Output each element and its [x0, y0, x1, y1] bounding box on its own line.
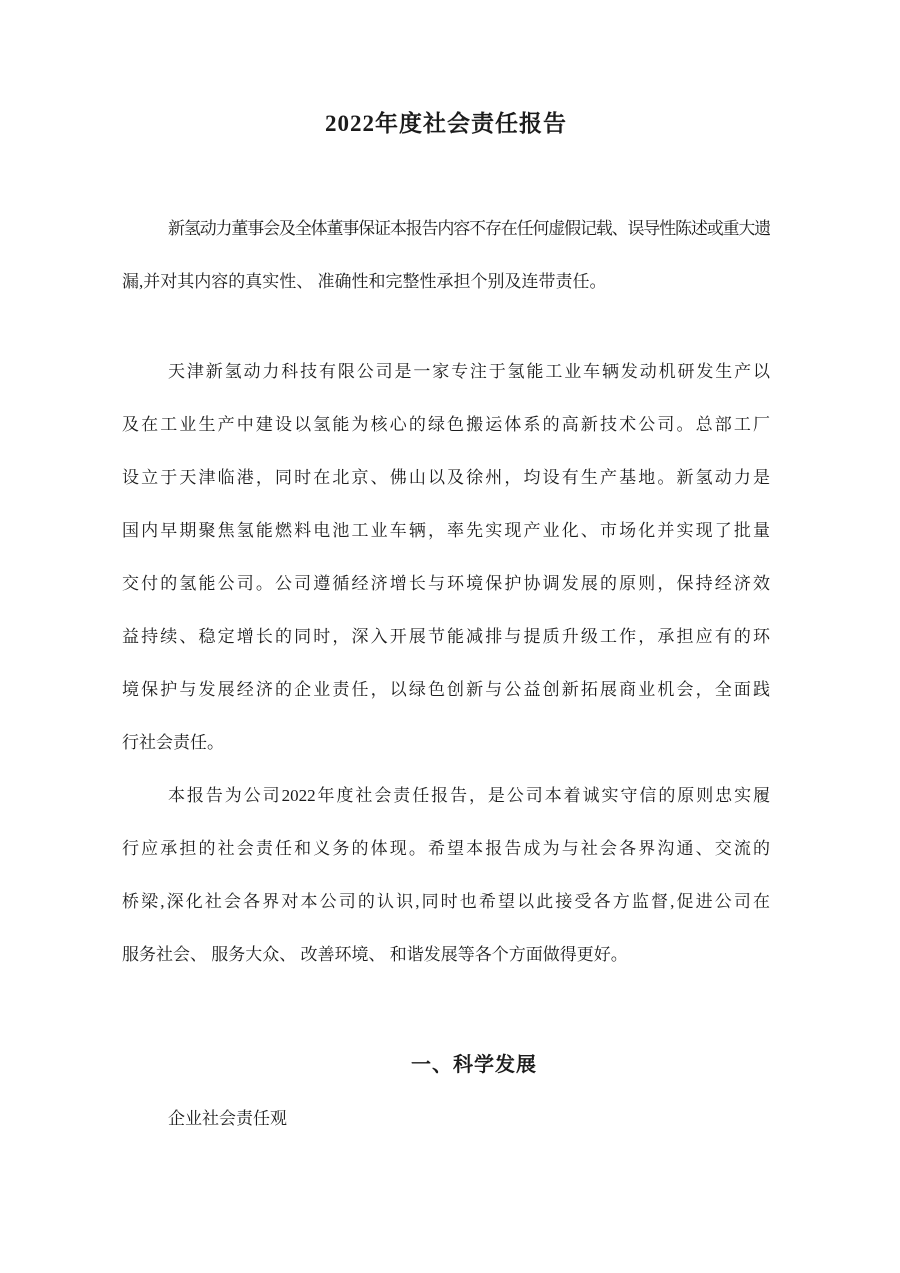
- text-line: 天津新氢动力科技有限公司是一家专注于氢能工业车辆发动机研发生产以: [122, 345, 770, 398]
- section-heading-scientific-development: 一、科学发展: [122, 1039, 770, 1092]
- text-line: 及在工业生产中建设以氢能为核心的绿色搬运体系的高新技术公司。总部工厂: [122, 398, 770, 451]
- text-line: 漏,并对其内容的真实性、 准确性和完整性承担个别及连带责任。: [122, 255, 770, 308]
- text-line: 交付的氢能公司。公司遵循经济增长与环境保护协调发展的原则，保持经济效: [122, 557, 770, 610]
- page-content: 2022年度社会责任报告 新氢动力董事会及全体董事保证本报告内容不存在任何虚假记…: [0, 97, 900, 1145]
- text-line: 行社会责任。: [122, 716, 770, 769]
- text-line: 本报告为公司2022年度社会责任报告，是公司本着诚实守信的原则忠实履: [122, 769, 770, 822]
- text-line: 国内早期聚焦氢能燃料电池工业车辆，率先实现产业化、市场化并实现了批量: [122, 504, 770, 557]
- paragraph-company-profile: 天津新氢动力科技有限公司是一家专注于氢能工业车辆发动机研发生产以 及在工业生产中…: [122, 345, 770, 769]
- subsection-title-csr-view: 企业社会责任观: [122, 1092, 770, 1145]
- text-line: 益持续、稳定增长的同时，深入开展节能减排与提质升级工作，承担应有的环: [122, 610, 770, 663]
- text-line: 服务社会、 服务大众、 改善环境、 和谐发展等各个方面做得更好。: [122, 928, 770, 981]
- text-line: 境保护与发展经济的企业责任，以绿色创新与公益创新拓展商业机会，全面践: [122, 663, 770, 716]
- paragraph-declaration: 新氢动力董事会及全体董事保证本报告内容不存在任何虚假记载、误导性陈述或重大遗 漏…: [122, 202, 770, 308]
- text-line: 行应承担的社会责任和义务的体现。希望本报告成为与社会各界沟通、交流的: [122, 822, 770, 875]
- paragraph-report-statement: 本报告为公司2022年度社会责任报告，是公司本着诚实守信的原则忠实履 行应承担的…: [122, 769, 770, 981]
- text-line: 设立于天津临港，同时在北京、佛山以及徐州，均设有生产基地。新氢动力是: [122, 451, 770, 504]
- text-line: 新氢动力董事会及全体董事保证本报告内容不存在任何虚假记载、误导性陈述或重大遗: [122, 202, 770, 255]
- report-title: 2022年度社会责任报告: [122, 97, 770, 150]
- report-page: 2022年度社会责任报告 新氢动力董事会及全体董事保证本报告内容不存在任何虚假记…: [0, 0, 900, 1273]
- text-line: 桥梁,深化社会各界对本公司的认识,同时也希望以此接受各方监督,促进公司在: [122, 875, 770, 928]
